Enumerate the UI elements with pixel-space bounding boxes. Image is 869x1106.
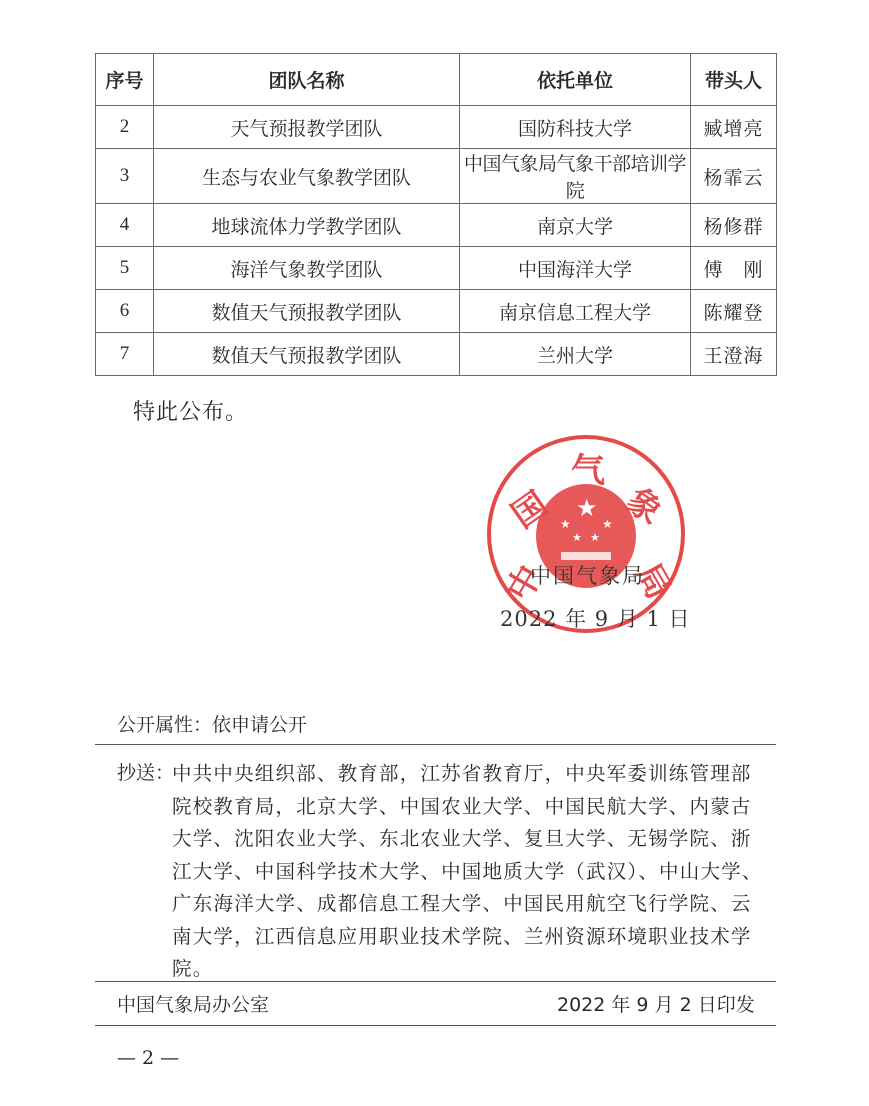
cell-no: 7 <box>96 333 154 376</box>
cell-no: 4 <box>96 204 154 247</box>
signature-date: 2022 年 9 月 1 日 <box>500 603 691 633</box>
star-icon: ★ <box>576 496 598 520</box>
cell-leader: 陈耀登 <box>691 290 777 333</box>
page-number: — 2 — <box>117 1047 179 1069</box>
issuing-office: 中国气象局办公室 <box>117 990 269 1017</box>
cell-unit: 南京信息工程大学 <box>460 290 691 333</box>
divider <box>95 744 776 745</box>
cell-unit: 中国海洋大学 <box>460 247 691 290</box>
cell-team: 数值天气预报教学团队 <box>154 290 460 333</box>
teams-table: 序号 团队名称 依托单位 带头人 2 天气预报教学团队 国防科技大学 臧增亮 3… <box>95 53 777 376</box>
cell-unit: 南京大学 <box>460 204 691 247</box>
cell-no: 6 <box>96 290 154 333</box>
star-icon: ★ <box>560 518 571 530</box>
header-team: 团队名称 <box>154 54 460 106</box>
star-icon: ★ <box>590 532 600 543</box>
cell-unit: 中国气象局气象干部培训学院 <box>460 149 691 204</box>
announcement-text: 特此公布。 <box>133 395 248 426</box>
header-unit: 依托单位 <box>460 54 691 106</box>
cell-unit: 国防科技大学 <box>460 106 691 149</box>
cell-no: 2 <box>96 106 154 149</box>
star-icon: ★ <box>602 518 613 530</box>
cell-team: 地球流体力学教学团队 <box>154 204 460 247</box>
cell-leader: 傅 刚 <box>691 247 777 290</box>
cell-leader: 臧增亮 <box>691 106 777 149</box>
header-no: 序号 <box>96 54 154 106</box>
cell-team: 生态与农业气象教学团队 <box>154 149 460 204</box>
public-attribute: 公开属性：依申请公开 <box>117 710 307 737</box>
star-icon: ★ <box>572 532 582 543</box>
table-header-row: 序号 团队名称 依托单位 带头人 <box>96 54 777 106</box>
gate-icon <box>561 552 611 560</box>
divider <box>95 1025 776 1026</box>
cell-leader: 杨霏云 <box>691 149 777 204</box>
print-date: 2022 年 9 月 2 日印发 <box>557 990 755 1017</box>
divider <box>95 981 776 982</box>
seal-char: 气 <box>571 443 605 492</box>
table-row: 2 天气预报教学团队 国防科技大学 臧增亮 <box>96 106 777 149</box>
issuer-name: 中国气象局 <box>530 560 645 590</box>
cell-leader: 王澄海 <box>691 333 777 376</box>
table-row: 6 数值天气预报教学团队 南京信息工程大学 陈耀登 <box>96 290 777 333</box>
cell-unit: 兰州大学 <box>460 333 691 376</box>
table-row: 7 数值天气预报教学团队 兰州大学 王澄海 <box>96 333 777 376</box>
cell-team: 数值天气预报教学团队 <box>154 333 460 376</box>
table-row: 5 海洋气象教学团队 中国海洋大学 傅 刚 <box>96 247 777 290</box>
cc-recipients: 中共中央组织部、教育部，江苏省教育厅，中央军委训练管理部院校教育局，北京大学、中… <box>172 758 772 986</box>
header-leader: 带头人 <box>691 54 777 106</box>
cell-no: 3 <box>96 149 154 204</box>
table-row: 3 生态与农业气象教学团队 中国气象局气象干部培训学院 杨霏云 <box>96 149 777 204</box>
cc-label: 抄送： <box>117 758 174 785</box>
cell-team: 天气预报教学团队 <box>154 106 460 149</box>
cell-leader: 杨修群 <box>691 204 777 247</box>
table-row: 4 地球流体力学教学团队 南京大学 杨修群 <box>96 204 777 247</box>
cell-team: 海洋气象教学团队 <box>154 247 460 290</box>
cell-no: 5 <box>96 247 154 290</box>
